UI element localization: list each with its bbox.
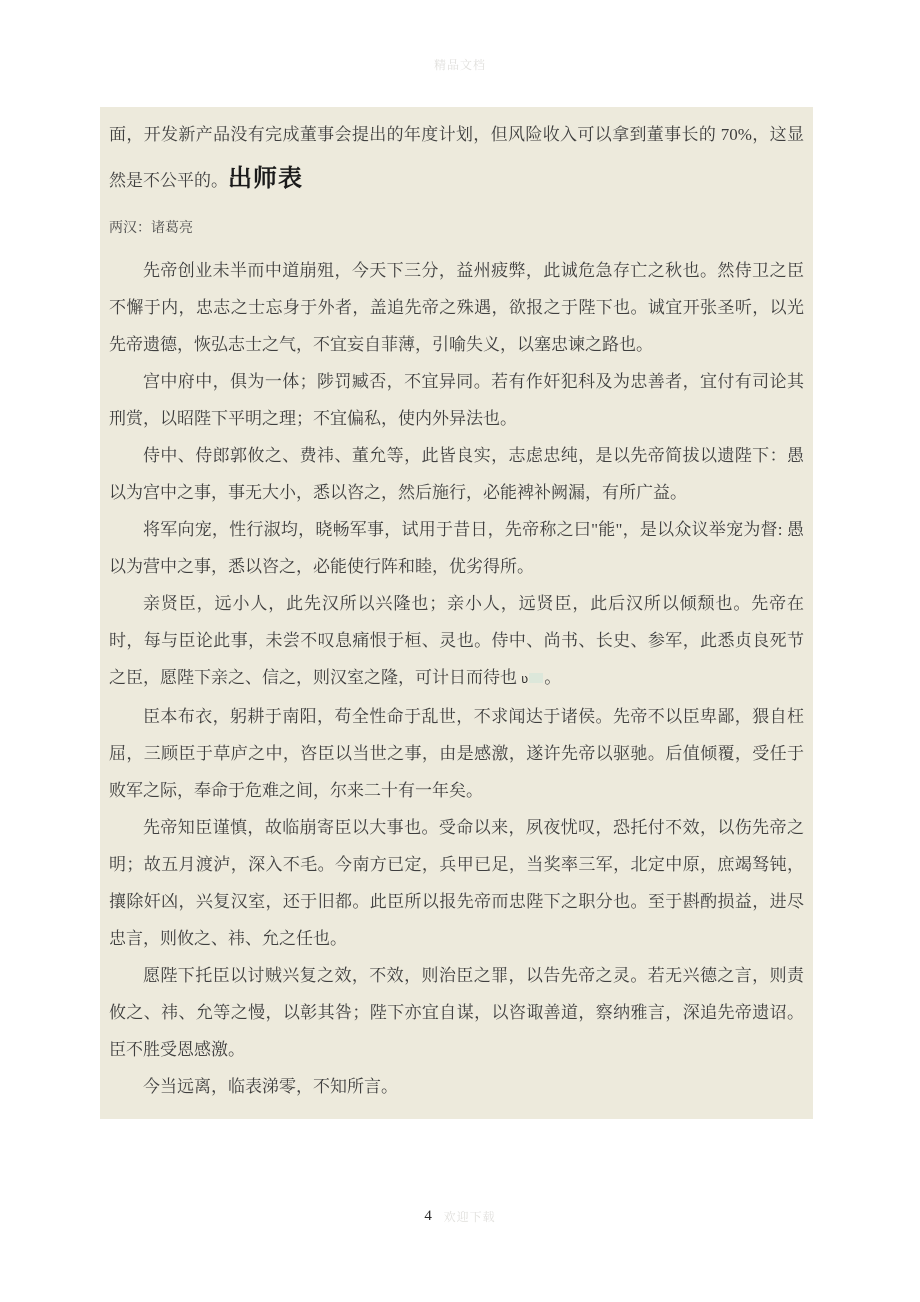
bottom-watermark: 欢迎下载 <box>444 1208 496 1225</box>
page-number: 4 <box>424 1208 432 1225</box>
paragraph-8: 愿陛下托臣以讨贼兴复之效，不效，则治臣之罪，以告先帝之灵。若无兴德之言，则责攸之… <box>109 957 804 1068</box>
paragraph-5-text: 亲贤臣，远小人，此先汉所以兴隆也；亲小人，远贤臣，此后汉所以倾颓也。先帝在时，每… <box>109 594 804 687</box>
paragraph-6: 臣本布衣，躬耕于南阳，苟全性命于乱世，不求闻达于诸侯。先帝不以臣卑鄙，猥自枉屈，… <box>109 698 804 809</box>
paragraph-5-period: 。 <box>544 668 561 687</box>
intro-paragraph-text: 面，开发新产品没有完成董事会提出的年度计划，但风险收入可以拿到董事长的 70%，… <box>109 125 804 190</box>
paragraph-4: 将军向宠，性行淑均，晓畅军事，试用于昔日，先帝称之曰"能"，是以众议举宠为督: … <box>109 511 804 585</box>
paragraph-1: 先帝创业未半而中道崩殂，今天下三分，益州疲弊，此诚危急存亡之秋也。然侍卫之臣不懈… <box>109 252 804 363</box>
intro-paragraph: 面，开发新产品没有完成董事会提出的年度计划，但风险收入可以拿到董事长的 70%，… <box>109 113 804 203</box>
top-watermark: 精品文档 <box>0 56 920 73</box>
paragraph-3: 侍中、侍郎郭攸之、费祎、董允等，此皆良实，志虑忠纯，是以先帝简拔以遗陛下：愚以为… <box>109 437 804 511</box>
paragraph-5: 亲贤臣，远小人，此先汉所以兴隆也；亲小人，远贤臣，此后汉所以倾颓也。先帝在时，每… <box>109 585 804 698</box>
document-title: 出师表 <box>228 165 303 192</box>
paragraph-7: 先帝知臣谨慎，故临崩寄臣以大事也。受命以来，夙夜忧叹，恐托付不效，以伤先帝之明；… <box>109 809 804 957</box>
paragraph-2: 宫中府中，俱为一体；陟罚臧否，不宜异同。若有作奸犯科及为忠善者，宜付有司论其刑赏… <box>109 363 804 437</box>
byline: 两汉：诸葛亮 <box>109 219 804 239</box>
document-page: 精品文档 面，开发新产品没有完成董事会提出的年度计划，但风险收入可以拿到董事长的… <box>0 0 920 1302</box>
inline-marker-glyph: ʋ <box>521 672 528 686</box>
document-content-area: 面，开发新产品没有完成董事会提出的年度计划，但风险收入可以拿到董事长的 70%，… <box>100 107 813 1119</box>
inline-highlight-box <box>529 673 543 683</box>
paragraph-9: 今当远离，临表涕零，不知所言。 <box>109 1068 804 1105</box>
page-footer: 4 欢迎下载 <box>0 1208 920 1225</box>
